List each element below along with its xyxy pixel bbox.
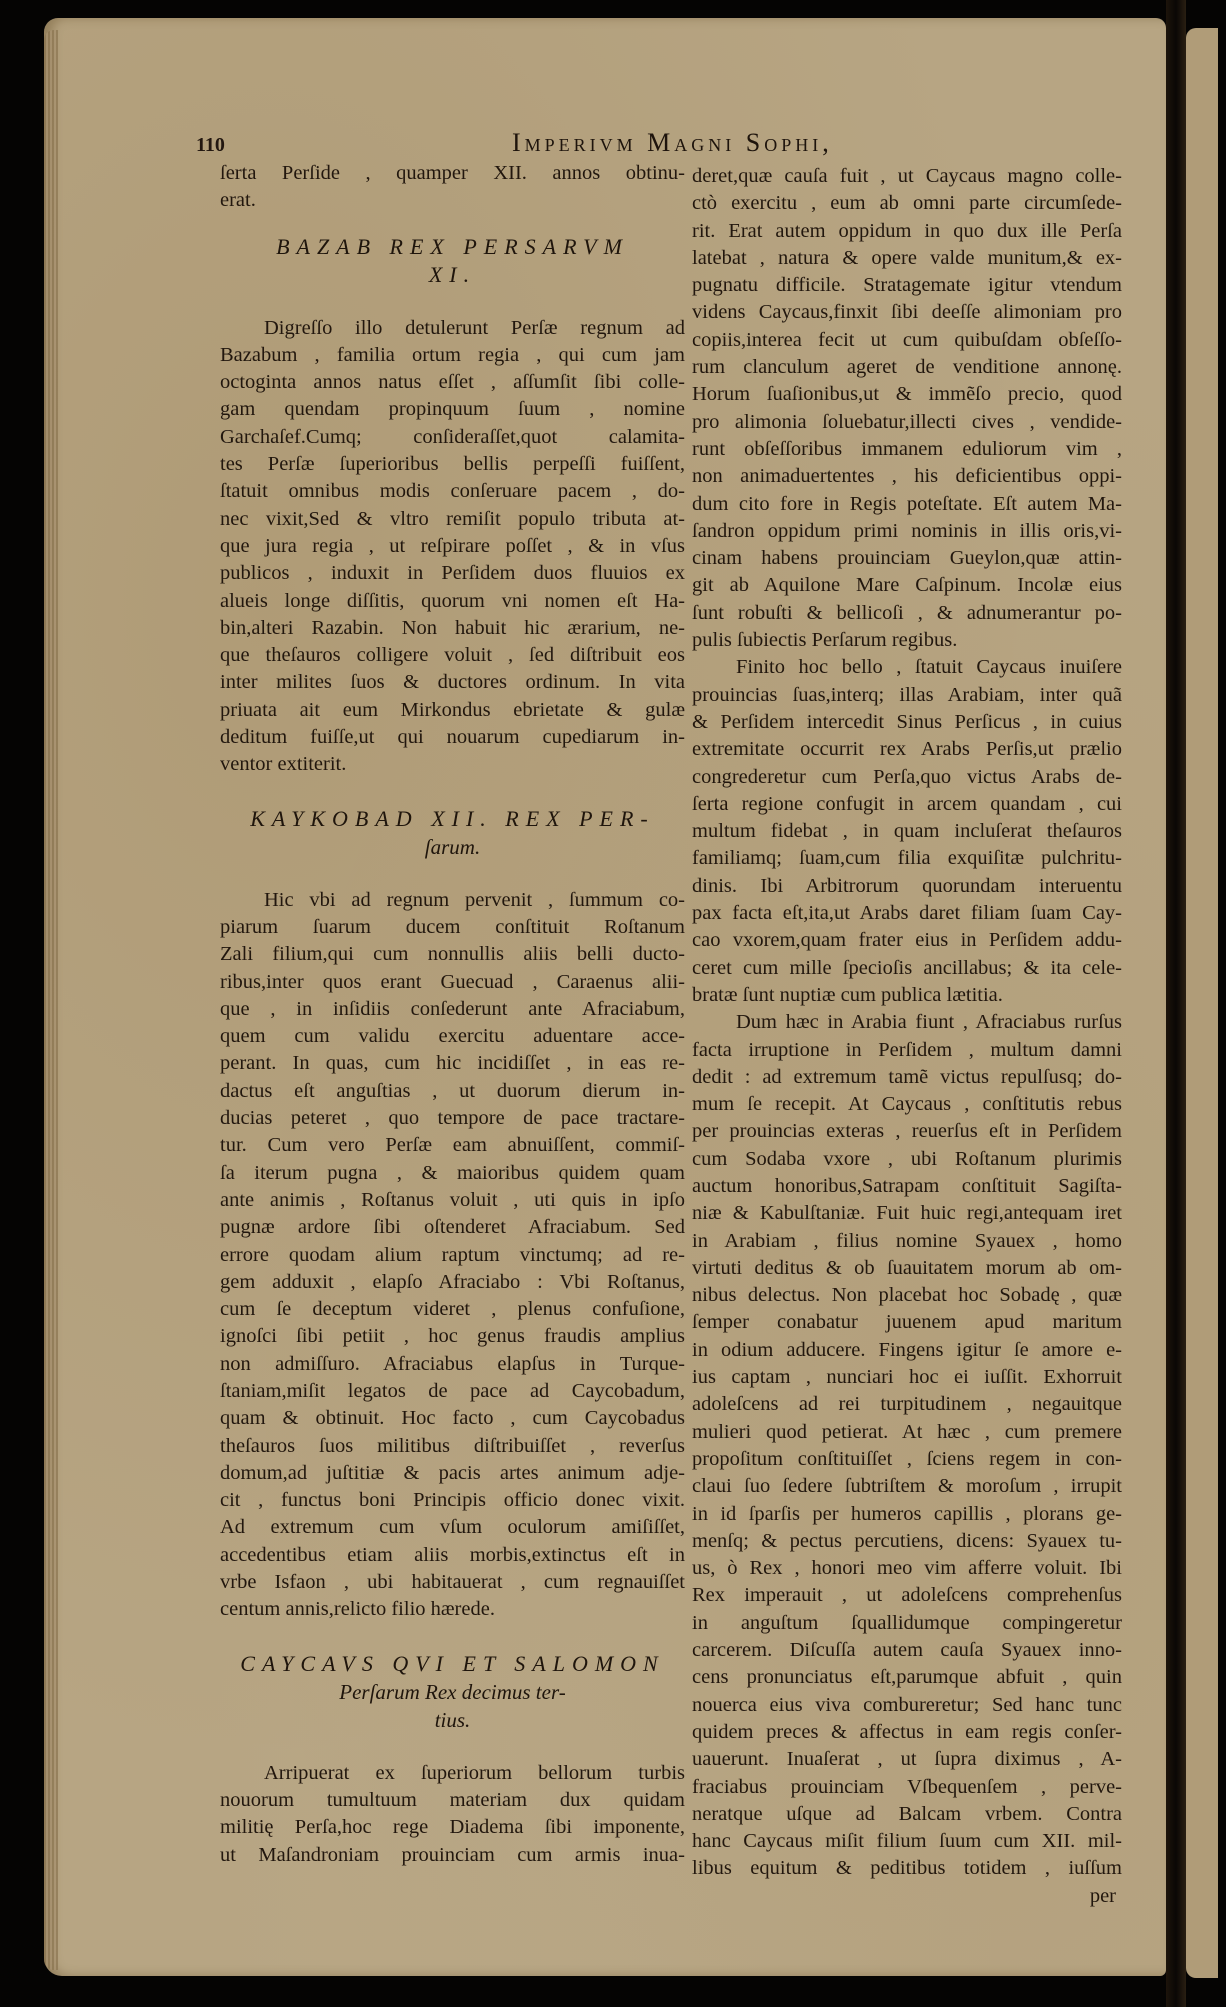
text-line: propoſitum conſtituiſſet , ſciens regem … <box>692 1446 1122 1473</box>
text-line: prouincias ſuas,interq; illas Arabiam, i… <box>692 682 1122 709</box>
paragraph: Digreſſo illo detulerunt Perſæ regnum ad… <box>220 315 685 779</box>
section-heading: KAYKOBAD XII. REX PER- <box>220 805 685 833</box>
text-line: tes Perſæ ſuperioribus bellis perpeſſi f… <box>220 451 685 478</box>
text-line: ante animis , Roſtanus voluit , uti quis… <box>220 1187 685 1214</box>
text-line: extremitate occurrit rex Arabs Perſis,ut… <box>692 736 1122 763</box>
text-line: ſerta Perſide , quamper XII. annos obtin… <box>220 160 685 187</box>
text-line: cinam habens prouinciam Gueylon,quæ atti… <box>692 545 1122 572</box>
text-line: in anguſtum ſquallidumque compingeretur <box>692 1610 1122 1637</box>
text-line: multum fidebat , in quam incluſerat theſ… <box>692 818 1122 845</box>
text-line: militię Perſa,hoc rege Diadema ſibi impo… <box>220 1814 685 1841</box>
text-line: gem adduxit , elapſo Afraciabo : Vbi Roſ… <box>220 1269 685 1296</box>
text-line: pugnatu difficile. Stratagemate igitur v… <box>692 272 1122 299</box>
text-line: inter milites ſuos & ductores ordinum. I… <box>220 669 685 696</box>
text-line: nouorum tumultuum materiam dux quidam <box>220 1787 685 1814</box>
text-line: Finito hoc bello , ſtatuit Caycaus inuiſ… <box>692 654 1122 681</box>
text-line: pro alimonia ſoluebatur,illecti cives , … <box>692 409 1122 436</box>
text-line: uauerunt. Inuaſerat , ut ſupra diximus ,… <box>692 1746 1122 1773</box>
text-line: dum cito fore in Regis poteſtate. Eſt au… <box>692 491 1122 518</box>
text-line: videns Caycaus,finxit ſibi deeſſe alimon… <box>692 299 1122 326</box>
text-line: neratque uſque ad Balcam vrbem. Contra <box>692 1801 1122 1828</box>
text-line: cum ſe deceptum videret , plenus confuſi… <box>220 1296 685 1323</box>
text-line: Zali filium,qui cum nonnullis aliis bell… <box>220 941 685 968</box>
text-line: carcerem. Diſcuſſa autem cauſa Syauex in… <box>692 1637 1122 1664</box>
text-line: Dum hæc in Arabia fiunt , Afraciabus rur… <box>692 1009 1122 1036</box>
text-line: piarum ſuarum ducem conſtituit Roſtanum <box>220 914 685 941</box>
text-line: & Perſidem intercedit Sinus Perſicus , i… <box>692 709 1122 736</box>
catchword: per <box>692 1883 1122 1910</box>
running-title: Imperivm Magni Sophi, <box>512 128 833 158</box>
text-line: bratæ ſunt nuptiæ cum publica lætitia. <box>692 982 1122 1009</box>
text-line: Rex imperauit , ut adoleſcens comprehenſ… <box>692 1582 1122 1609</box>
text-line: mulieri quod petierat. At hæc , cum prem… <box>692 1419 1122 1446</box>
text-line: latebat , natura & opere valde munitum,&… <box>692 245 1122 272</box>
text-line: ſunt robuſti & bellicoſi , & adnumerantu… <box>692 600 1122 627</box>
text-line: theſauros ſuos militibus diſtribuiſſet ,… <box>220 1433 685 1460</box>
text-line: cens pronunciatus eſt,parumque abfuit , … <box>692 1664 1122 1691</box>
left-column: ſerta Perſide , quamper XII. annos obtin… <box>220 160 685 1869</box>
text-line: bin,alteri Razabin. Non habuit hic ærari… <box>220 615 685 642</box>
paragraph: Arripuerat ex ſuperiorum bellorum turbis… <box>220 1760 685 1869</box>
text-line: dinis. Ibi Arbitrorum quorundam interuen… <box>692 873 1122 900</box>
text-line: tur. Cum vero Perſæ eam abnuiſſent, comm… <box>220 1132 685 1159</box>
section-heading: BAZAB REX PERSARVM <box>220 233 685 261</box>
text-line: us, ò Rex , honori meo vim afferre volui… <box>692 1555 1122 1582</box>
text-line: alueis longe diſſitis, quorum vni nomen … <box>220 588 685 615</box>
text-line: ſtaniam,miſit legatos de pace ad Caycoba… <box>220 1378 685 1405</box>
text-line: facta irruptione in Perſidem , multum da… <box>692 1037 1122 1064</box>
text-line: vrbe Isfaon , ubi habitauerat , cum regn… <box>220 1569 685 1596</box>
text-line: quidem preces & affectus in eam regis co… <box>692 1719 1122 1746</box>
text-line: ſerta regione confugit in arcem quandam … <box>692 791 1122 818</box>
text-line: quam & obtinuit. Hoc facto , cum Caycoba… <box>220 1405 685 1432</box>
text-line: pulis ſubiectis Perſarum regibus. <box>692 627 1122 654</box>
text-line: octoginta annos natus eſſet , aſſumſit ſ… <box>220 369 685 396</box>
text-line: adoleſcens ad rei turpitudinem , negauit… <box>692 1391 1122 1418</box>
text-line: perant. In quas, cum hic incidiſſet , in… <box>220 1050 685 1077</box>
text-line: ducias peteret , quo tempore de pace tra… <box>220 1105 685 1132</box>
text-line: claui ſuo ſedere ſubtriſtem & moroſum , … <box>692 1473 1122 1500</box>
text-line: runt obſeſſoribus immanem eduliorum vim … <box>692 436 1122 463</box>
text-line: Arripuerat ex ſuperiorum bellorum turbis <box>220 1760 685 1787</box>
text-line: non animaduertentes , his deficientibus … <box>692 463 1122 490</box>
text-line: in id ſparſis per humeros capillis , plo… <box>692 1501 1122 1528</box>
text-line: nibus delectus. Non placebat hoc Sobadę … <box>692 1282 1122 1309</box>
right-column: deret,quæ cauſa fuit , ut Caycaus magno … <box>692 163 1122 1910</box>
text-line: deret,quæ cauſa fuit , ut Caycaus magno … <box>692 163 1122 190</box>
text-line: nec vixit,Sed & vltro remiſit populo tri… <box>220 506 685 533</box>
text-line: Hic vbi ad regnum pervenit , ſummum co- <box>220 887 685 914</box>
text-line: Digreſſo illo detulerunt Perſæ regnum ad <box>220 315 685 342</box>
text-line: ribus,inter quos erant Guecuad , Caraenu… <box>220 969 685 996</box>
text-line: ventor extiterit. <box>220 751 685 778</box>
text-line: dedit : ad extremum tamẽ victus repulſus… <box>692 1064 1122 1091</box>
text-line: Garchaſef.Cumq; conſideraſſet,quot calam… <box>220 424 685 451</box>
text-line: domum,ad juſtitiæ & pacis artes animum a… <box>220 1460 685 1487</box>
text-line: hanc Caycaus miſit filium ſuum cum XII. … <box>692 1828 1122 1855</box>
paragraph: deret,quæ cauſa fuit , ut Caycaus magno … <box>692 163 1122 654</box>
section-heading-continuation: Perſarum Rex decimus ter- <box>220 1678 685 1706</box>
text-line: libus equitum & peditibus totidem , iuſſ… <box>692 1855 1122 1882</box>
text-line: menſq; & pectus percutiens, dicens: Syau… <box>692 1528 1122 1555</box>
text-line: que jura regia , ut reſpirare poſſet , &… <box>220 533 685 560</box>
text-line: centum annis,relicto filio hærede. <box>220 1596 685 1623</box>
text-line: mum ſe recepit. At Caycaus , conſtitutis… <box>692 1091 1122 1118</box>
facing-page-edge <box>1186 28 1218 1978</box>
section-heading-continuation: ſarum. <box>220 833 685 861</box>
page-number: 110 <box>196 134 225 157</box>
text-line: gam quendam propinquum ſuum , nomine <box>220 396 685 423</box>
text-line: fraciabus prouinciam Vſbequenſem , perve… <box>692 1774 1122 1801</box>
text-line: que theſauros colligere voluit , ſed diſ… <box>220 642 685 669</box>
text-line: virtuti deditus & ob ſuauitatem morum ab… <box>692 1255 1122 1282</box>
text-line: ſtatuit omnibus modis conſeruare pacem ,… <box>220 478 685 505</box>
text-line: nouerca eius viva combureretur; Sed hanc… <box>692 1692 1122 1719</box>
text-line: publicos , induxit in Perſidem duos fluu… <box>220 560 685 587</box>
text-line: ceret cum mille ſpecioſis ancillabus; & … <box>692 955 1122 982</box>
text-line: ctò exercitu , eum ab omni parte circumſ… <box>692 190 1122 217</box>
text-line: ius captam , nunciari hoc ei iuſſit. Exh… <box>692 1364 1122 1391</box>
text-line: Ad extremum cum vſum oculorum amiſiſſet, <box>220 1514 685 1541</box>
text-line: ſemper conabatur juuenem apud maritum <box>692 1309 1122 1336</box>
paragraph: Dum hæc in Arabia fiunt , Afraciabus rur… <box>692 1009 1122 1883</box>
text-line: cao vxorem,quam frater eius in Perſidem … <box>692 927 1122 954</box>
section-heading: CAYCAVS QVI ET SALOMON <box>220 1650 685 1678</box>
book-gutter <box>1166 0 1186 2007</box>
text-line: ignoſci ſibi petiit , hoc genus fraudis … <box>220 1323 685 1350</box>
text-line: non admiſſuro. Afraciabus elapſus in Tur… <box>220 1351 685 1378</box>
text-line: familiamq; ſuam,cum filia exquiſitæ pulc… <box>692 845 1122 872</box>
text-line: Horum ſuaſionibus,ut & immẽſo precio, qu… <box>692 381 1122 408</box>
text-line: cum Sodaba vxore , ubi Roſtanum plurimis <box>692 1146 1122 1173</box>
text-line: errore quodam alium raptum vinctumq; ad … <box>220 1242 685 1269</box>
text-line: git ab Aquilone Mare Caſpinum. Incolæ ei… <box>692 572 1122 599</box>
text-line: pugnæ ardore ſibi oſtenderet Afraciabum.… <box>220 1214 685 1241</box>
text-line: rit. Erat autem oppidum in quo dux ille … <box>692 218 1122 245</box>
text-line: niæ & Kabulſtaniæ. Fuit huic regi,antequ… <box>692 1200 1122 1227</box>
text-line: auctum honoribus,Satrapam conſtituit Sag… <box>692 1173 1122 1200</box>
text-line: deditum fuiſſe,ut qui nouarum cupediarum… <box>220 724 685 751</box>
text-line: in Arabiam , filius nomine Syauex , homo <box>692 1228 1122 1255</box>
text-line: quem cum validu exercitu aduentare acce- <box>220 1023 685 1050</box>
text-line: in odium adducere. Fingens igitur ſe amo… <box>692 1337 1122 1364</box>
section-heading-continuation: tius. <box>220 1706 685 1734</box>
text-line: per prouincias exteras , reuerſus eſt in… <box>692 1118 1122 1145</box>
text-line: ſandron oppidum primi nominis in illis o… <box>692 518 1122 545</box>
text-line: que , in inſidiis conſederunt ante Afrac… <box>220 996 685 1023</box>
text-line: congrederetur cum Perſa,quo victus Arabs… <box>692 764 1122 791</box>
section-heading-number: XI. <box>220 261 685 289</box>
paragraph: Finito hoc bello , ſtatuit Caycaus inuiſ… <box>692 654 1122 1009</box>
text-line: Bazabum , familia ortum regia , qui cum … <box>220 342 685 369</box>
text-line: ut Maſandroniam prouinciam cum armis inu… <box>220 1842 685 1869</box>
text-line: pax facta eſt,ita,ut Arabs daret filiam … <box>692 900 1122 927</box>
text-line: copiis,interea fecit ut cum quibuſdam ob… <box>692 327 1122 354</box>
text-line: ſa iterum pugna , & maioribus quidem qua… <box>220 1160 685 1187</box>
paragraph: Hic vbi ad regnum pervenit , ſummum co- … <box>220 887 685 1624</box>
text-line: priuata ait eum Mirkondus ebrietate & gu… <box>220 697 685 724</box>
text-line: rum clanculum ageret de venditione annon… <box>692 354 1122 381</box>
text-line: erat. <box>220 187 685 214</box>
text-line: dactus eſt anguſtias , ut duorum dierum … <box>220 1078 685 1105</box>
page-fore-edge <box>44 30 58 1970</box>
text-line: cit , functus boni Principis officio don… <box>220 1487 685 1514</box>
text-line: accedentibus etiam aliis morbis,extinctu… <box>220 1542 685 1569</box>
